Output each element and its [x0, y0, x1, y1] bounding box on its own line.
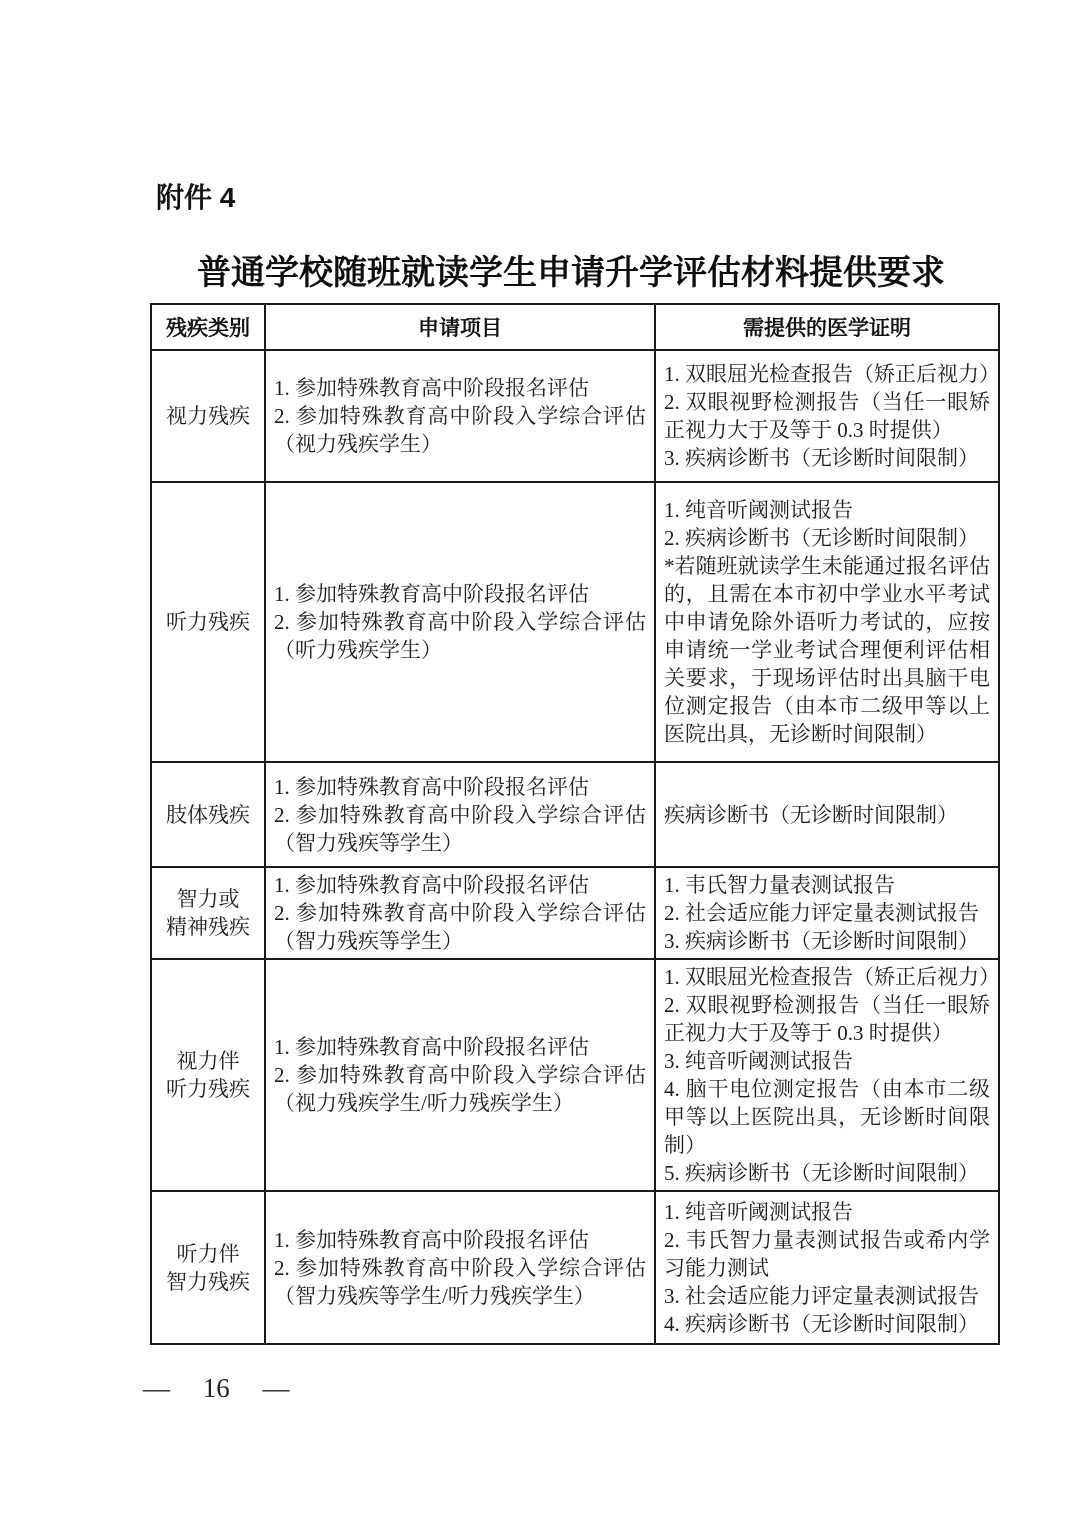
medical-certificates-cell: 1. 双眼屈光检查报告（矫正后视力）2. 双眼视野检测报告（当任一眼矫正视力大于…: [655, 350, 999, 482]
requirements-table: 残疾类别 申请项目 需提供的医学证明 视力残疾1. 参加特殊教育高中阶段报名评估…: [150, 303, 1000, 1345]
disability-category-cell-text: 视力伴: [154, 1047, 262, 1075]
application-items-cell-text: 2. 参加特殊教育高中阶段入学综合评估（视力残疾学生/听力残疾学生）: [274, 1061, 646, 1117]
disability-category-cell-text: 精神残疾: [154, 913, 262, 941]
medical-certificates-cell: 1. 纯音听阈测试报告2. 韦氏智力量表测试报告或希内学习能力测试3. 社会适应…: [655, 1191, 999, 1344]
application-items-cell: 1. 参加特殊教育高中阶段报名评估2. 参加特殊教育高中阶段入学综合评估（视力残…: [265, 959, 655, 1191]
disability-category-cell-text: 听力伴: [154, 1240, 262, 1268]
table-row: 听力伴智力残疾1. 参加特殊教育高中阶段报名评估2. 参加特殊教育高中阶段入学综…: [151, 1191, 999, 1344]
disability-category-cell-text: 听力残疾: [154, 608, 262, 636]
disability-category-cell-text: 智力或: [154, 885, 262, 913]
application-items-cell: 1. 参加特殊教育高中阶段报名评估2. 参加特殊教育高中阶段入学综合评估（智力残…: [265, 1191, 655, 1344]
medical-certificates-cell-text: *若随班就读学生未能通过报名评估的，且需在本市初中学业水平考试中申请免除外语听力…: [664, 552, 990, 748]
medical-certificates-cell-text: 3. 纯音听阈测试报告: [664, 1047, 990, 1075]
medical-certificates-cell-text: 3. 疾病诊断书（无诊断时间限制）: [664, 444, 990, 472]
application-items-cell-text: 1. 参加特殊教育高中阶段报名评估: [274, 871, 646, 899]
disability-category-cell: 听力伴智力残疾: [151, 1191, 265, 1344]
medical-certificates-cell-text: 2. 疾病诊断书（无诊断时间限制）: [664, 524, 990, 552]
application-items-cell: 1. 参加特殊教育高中阶段报名评估2. 参加特殊教育高中阶段入学综合评估（视力残…: [265, 350, 655, 482]
table-body: 视力残疾1. 参加特殊教育高中阶段报名评估2. 参加特殊教育高中阶段入学综合评估…: [151, 350, 999, 1344]
page-number: 16: [203, 1373, 230, 1403]
disability-category-cell-text: 听力残疾: [154, 1075, 262, 1103]
medical-certificates-cell-text: 4. 脑干电位测定报告（由本市二级甲等以上医院出具，无诊断时间限制）: [664, 1075, 990, 1159]
application-items-cell-text: 2. 参加特殊教育高中阶段入学综合评估（智力残疾等学生/听力残疾学生）: [274, 1254, 646, 1310]
disability-category-cell: 听力残疾: [151, 482, 265, 762]
medical-certificates-cell-text: 1. 纯音听阈测试报告: [664, 1198, 990, 1226]
application-items-cell-text: 1. 参加特殊教育高中阶段报名评估: [274, 580, 646, 608]
attachment-label: 附件 4: [156, 182, 235, 214]
medical-certificates-cell-text: 3. 社会适应能力评定量表测试报告: [664, 1282, 990, 1310]
document-page: 附件 4 普通学校随班就读学生申请升学评估材料提供要求 残疾类别 申请项目 需提…: [0, 0, 1080, 1528]
header-application-items: 申请项目: [265, 304, 655, 350]
table-row: 智力或精神残疾1. 参加特殊教育高中阶段报名评估2. 参加特殊教育高中阶段入学综…: [151, 867, 999, 959]
footer-dash-left: —: [143, 1373, 170, 1403]
application-items-cell: 1. 参加特殊教育高中阶段报名评估2. 参加特殊教育高中阶段入学综合评估（听力残…: [265, 482, 655, 762]
medical-certificates-cell-text: 1. 双眼屈光检查报告（矫正后视力）: [664, 360, 990, 388]
disability-category-cell: 视力伴听力残疾: [151, 959, 265, 1191]
medical-certificates-cell: 1. 纯音听阈测试报告2. 疾病诊断书（无诊断时间限制）*若随班就读学生未能通过…: [655, 482, 999, 762]
header-medical-certificates: 需提供的医学证明: [655, 304, 999, 350]
medical-certificates-cell-text: 2. 双眼视野检测报告（当任一眼矫正视力大于及等于 0.3 时提供）: [664, 991, 990, 1047]
disability-category-cell-text: 智力残疾: [154, 1268, 262, 1296]
application-items-cell-text: 1. 参加特殊教育高中阶段报名评估: [274, 1226, 646, 1254]
medical-certificates-cell-text: 4. 疾病诊断书（无诊断时间限制）: [664, 1310, 990, 1338]
disability-category-cell-text: 肢体残疾: [154, 801, 262, 829]
application-items-cell-text: 1. 参加特殊教育高中阶段报名评估: [274, 1033, 646, 1061]
medical-certificates-cell-text: 2. 社会适应能力评定量表测试报告: [664, 899, 990, 927]
disability-category-cell: 智力或精神残疾: [151, 867, 265, 959]
disability-category-cell-text: 视力残疾: [154, 402, 262, 430]
application-items-cell-text: 2. 参加特殊教育高中阶段入学综合评估（智力残疾等学生）: [274, 801, 646, 857]
application-items-cell-text: 1. 参加特殊教育高中阶段报名评估: [274, 374, 646, 402]
medical-certificates-cell: 1. 双眼屈光检查报告（矫正后视力）2. 双眼视野检测报告（当任一眼矫正视力大于…: [655, 959, 999, 1191]
application-items-cell: 1. 参加特殊教育高中阶段报名评估2. 参加特殊教育高中阶段入学综合评估（智力残…: [265, 867, 655, 959]
medical-certificates-cell-text: 3. 疾病诊断书（无诊断时间限制）: [664, 927, 990, 955]
table-row: 视力伴听力残疾1. 参加特殊教育高中阶段报名评估2. 参加特殊教育高中阶段入学综…: [151, 959, 999, 1191]
table-row: 肢体残疾1. 参加特殊教育高中阶段报名评估2. 参加特殊教育高中阶段入学综合评估…: [151, 762, 999, 867]
application-items-cell: 1. 参加特殊教育高中阶段报名评估2. 参加特殊教育高中阶段入学综合评估（智力残…: [265, 762, 655, 867]
application-items-cell-text: 2. 参加特殊教育高中阶段入学综合评估（视力残疾学生）: [274, 402, 646, 458]
medical-certificates-cell-text: 1. 纯音听阈测试报告: [664, 496, 990, 524]
medical-certificates-cell: 疾病诊断书（无诊断时间限制）: [655, 762, 999, 867]
table-row: 视力残疾1. 参加特殊教育高中阶段报名评估2. 参加特殊教育高中阶段入学综合评估…: [151, 350, 999, 482]
application-items-cell-text: 1. 参加特殊教育高中阶段报名评估: [274, 773, 646, 801]
header-disability-category: 残疾类别: [151, 304, 265, 350]
medical-certificates-cell-text: 2. 双眼视野检测报告（当任一眼矫正视力大于及等于 0.3 时提供）: [664, 388, 990, 444]
disability-category-cell: 视力残疾: [151, 350, 265, 482]
application-items-cell-text: 2. 参加特殊教育高中阶段入学综合评估（智力残疾等学生）: [274, 899, 646, 955]
disability-category-cell: 肢体残疾: [151, 762, 265, 867]
medical-certificates-cell-text: 疾病诊断书（无诊断时间限制）: [664, 801, 990, 829]
application-items-cell-text: 2. 参加特殊教育高中阶段入学综合评估（听力残疾学生）: [274, 608, 646, 664]
medical-certificates-cell-text: 1. 双眼屈光检查报告（矫正后视力）: [664, 963, 990, 991]
table-header-row: 残疾类别 申请项目 需提供的医学证明: [151, 304, 999, 350]
medical-certificates-cell-text: 1. 韦氏智力量表测试报告: [664, 871, 990, 899]
page-footer: — 16 —: [143, 1372, 290, 1404]
medical-certificates-cell-text: 5. 疾病诊断书（无诊断时间限制）: [664, 1159, 990, 1187]
medical-certificates-cell-text: 2. 韦氏智力量表测试报告或希内学习能力测试: [664, 1226, 990, 1282]
document-title: 普通学校随班就读学生申请升学评估材料提供要求: [150, 254, 992, 294]
footer-dash-right: —: [263, 1373, 290, 1403]
table-row: 听力残疾1. 参加特殊教育高中阶段报名评估2. 参加特殊教育高中阶段入学综合评估…: [151, 482, 999, 762]
medical-certificates-cell: 1. 韦氏智力量表测试报告2. 社会适应能力评定量表测试报告3. 疾病诊断书（无…: [655, 867, 999, 959]
